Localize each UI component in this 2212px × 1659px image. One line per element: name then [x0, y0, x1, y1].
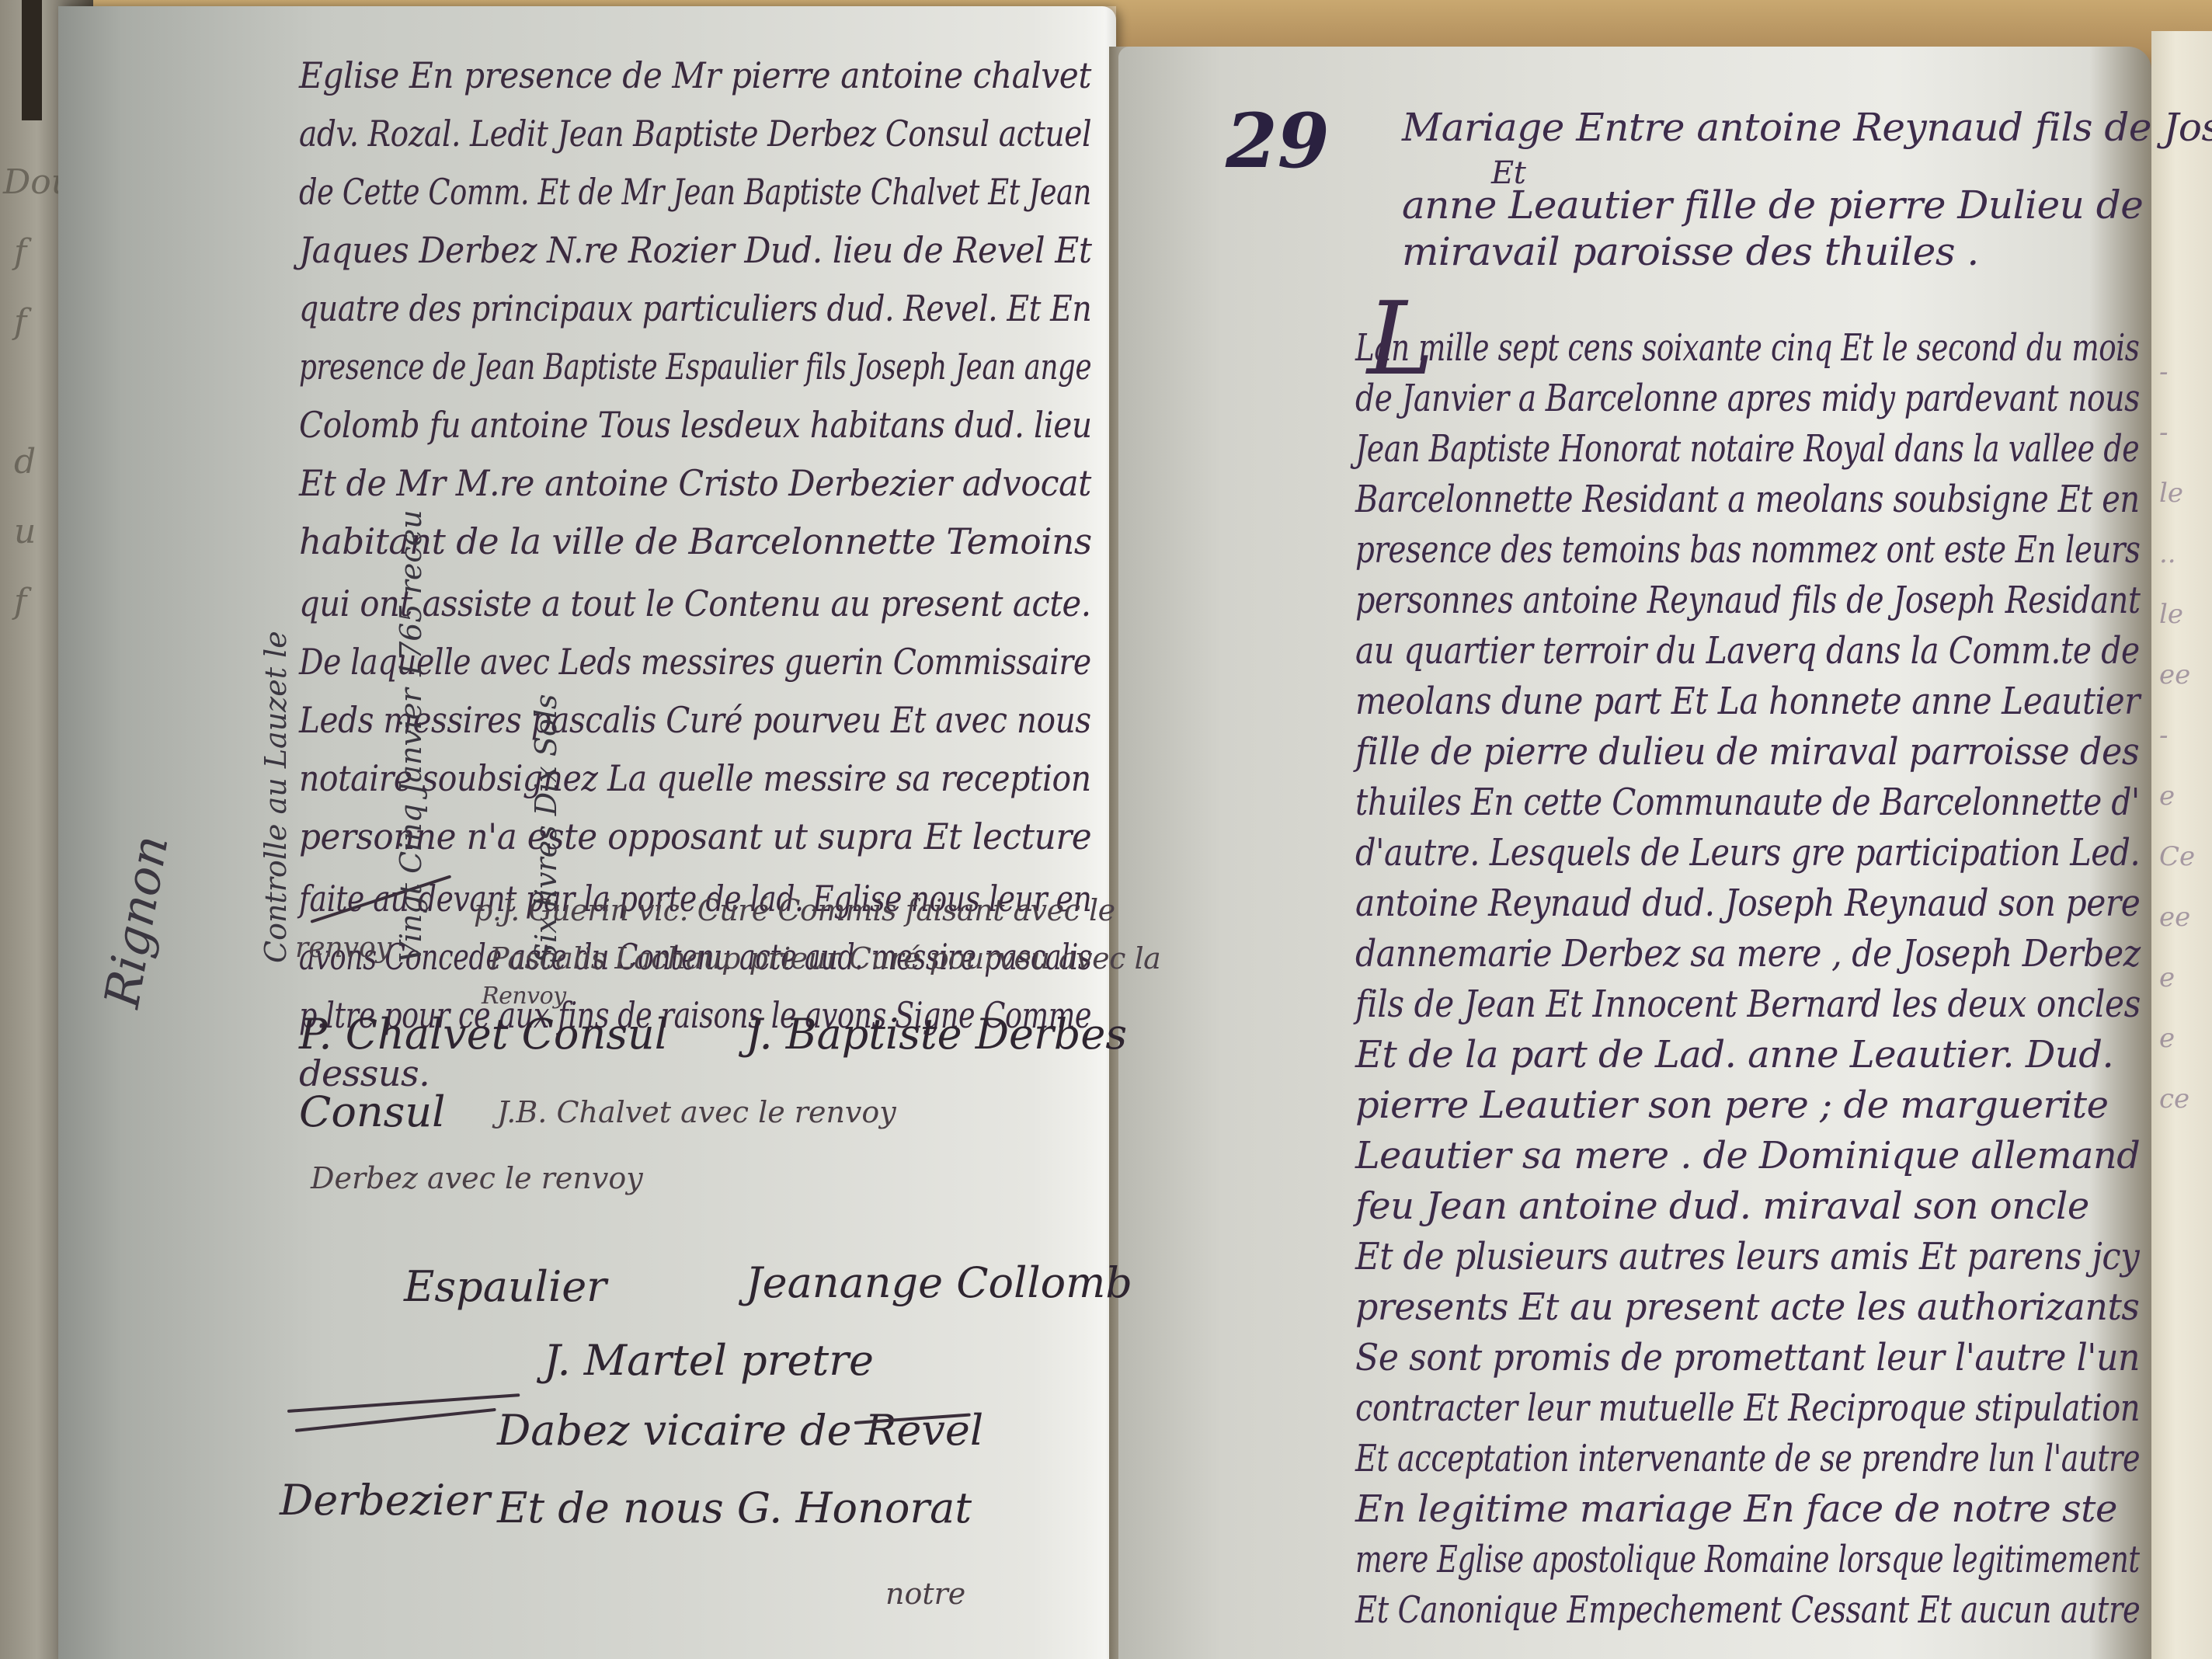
- title-line: anne Leautier fille de pierre Dulieu de: [1402, 183, 2143, 228]
- right-line: contracter leur mutuelle Et Reciproque s…: [1355, 1386, 2140, 1430]
- right-line: feu Jean antoine dud. miraval son oncle: [1355, 1184, 2089, 1228]
- right-line: Se sont promis de promettant leur l'autr…: [1355, 1336, 2140, 1379]
- right-line: de Janvier a Barcelonne apres midy parde…: [1355, 377, 2140, 420]
- right-line: presence des temoins bas nommez ont este…: [1355, 528, 2141, 572]
- title-line: miravail paroisse des thuiles .: [1402, 229, 1979, 274]
- left-line: quatre des principaux particuliers dud. …: [299, 287, 1091, 329]
- right-line: Et Canonique Empechement Cessant Et aucu…: [1355, 1588, 2140, 1632]
- right-line: mere Eglise apostolique Romaine lorsque …: [1355, 1538, 2140, 1581]
- left-line: de Cette Comm. Et de Mr Jean Baptiste Ch…: [299, 171, 1091, 213]
- right-line: Et de plusieurs autres leurs amis Et par…: [1355, 1235, 2139, 1278]
- signature: J.B. Chalvet avec le renvoy: [497, 1095, 896, 1129]
- signature: Derbez avec le renvoy: [311, 1161, 643, 1195]
- left-line: Et de Mr M.re antoine Cristo Derbezier a…: [299, 462, 1091, 504]
- title-line: Mariage Entre antoine Reynaud fils de Jo…: [1402, 105, 2212, 150]
- right-line: pierre Leautier son pere ; de marguerite: [1355, 1083, 2108, 1127]
- margin-note-line: Vingt Cinq Janvier 1765 receu: [388, 510, 433, 963]
- right-line: personnes antoine Reynaud fils de Joseph…: [1355, 579, 2141, 622]
- right-line: Et de la part de Lad. anne Leautier. Dud…: [1355, 1033, 2113, 1076]
- signature: P. Chalvet Consul: [299, 1010, 668, 1059]
- right-line: fils de Jean Et Innocent Bernard les deu…: [1355, 983, 2141, 1026]
- right-line: En legitime mariage En face de notre ste: [1355, 1487, 2117, 1531]
- signature: J. Baptiste Derbes: [746, 1010, 1127, 1059]
- binding-tab: [22, 0, 42, 120]
- signature: Consul: [299, 1087, 445, 1136]
- underlying-page-ghost-text-right: - - le .. le ee - e Ce ee e e ce: [2159, 342, 2195, 1129]
- left-line: adv. Rozal. Ledit Jean Baptiste Derbez C…: [299, 113, 1091, 155]
- right-line: Et acceptation intervenante de se prendr…: [1355, 1437, 2140, 1480]
- right-line: d'autre. Lesquels de Leurs gre participa…: [1355, 831, 2140, 875]
- right-line: antoine Reynaud dud. Joseph Reynaud son …: [1355, 882, 2140, 925]
- right-line: dannemarie Derbez sa mere , de Joseph De…: [1355, 932, 2141, 976]
- left-line: Colomb fu antoine Tous lesdeux habitans …: [299, 404, 1092, 446]
- signature: J. Martel pretre: [544, 1336, 874, 1385]
- right-page-edge-underneath: - - le .. le ee - e Ce ee e e ce: [2151, 31, 2212, 1659]
- right-line: Jean Baptiste Honorat notaire Royal dans…: [1355, 427, 2139, 471]
- signature: Espaulier: [404, 1262, 607, 1311]
- right-line: meolans dune part Et La honnete anne Lea…: [1355, 680, 2140, 723]
- right-line: fille de pierre dulieu de miraval parroi…: [1355, 730, 2139, 774]
- right-line: Leautier sa mere . de Dominique allemand: [1355, 1134, 2140, 1177]
- left-line: Jaques Derbez N.re Rozier Dud. lieu de R…: [299, 229, 1091, 271]
- signature: Dabez vicaire de Revel: [497, 1406, 983, 1455]
- signature: notre: [885, 1577, 965, 1611]
- signature: Et de nous G. Honorat: [497, 1483, 972, 1532]
- right-line: Barcelonnette Residant a meolans soubsig…: [1355, 478, 2140, 521]
- right-line: Lan mille sept cens soixante cinq Et le …: [1355, 326, 2139, 370]
- signature: Jeanange Collomb: [746, 1258, 1132, 1307]
- signature: Derbezier: [280, 1476, 490, 1525]
- margin-note-line: Controlle au Lauzet le: [253, 510, 298, 963]
- margin-control-note: Controlle au Lauzet le Vingt Cinq Janvie…: [163, 510, 614, 963]
- right-line: presents Et au present acte les authoriz…: [1355, 1285, 2139, 1329]
- left-line: presence de Jean Baptiste Espaulier fils…: [299, 346, 1091, 388]
- right-line: au quartier terroir du Laverq dans la Co…: [1355, 629, 2140, 673]
- folio-number: 29: [1226, 97, 1330, 185]
- left-line: Eglise En presence de Mr pierre antoine …: [299, 54, 1091, 96]
- margin-note-line: Six livres Dix Sols: [523, 510, 569, 963]
- right-line: thuiles En cette Communaute de Barcelonn…: [1355, 781, 2140, 824]
- renvoi-note-line: Renvoy: [482, 983, 566, 1010]
